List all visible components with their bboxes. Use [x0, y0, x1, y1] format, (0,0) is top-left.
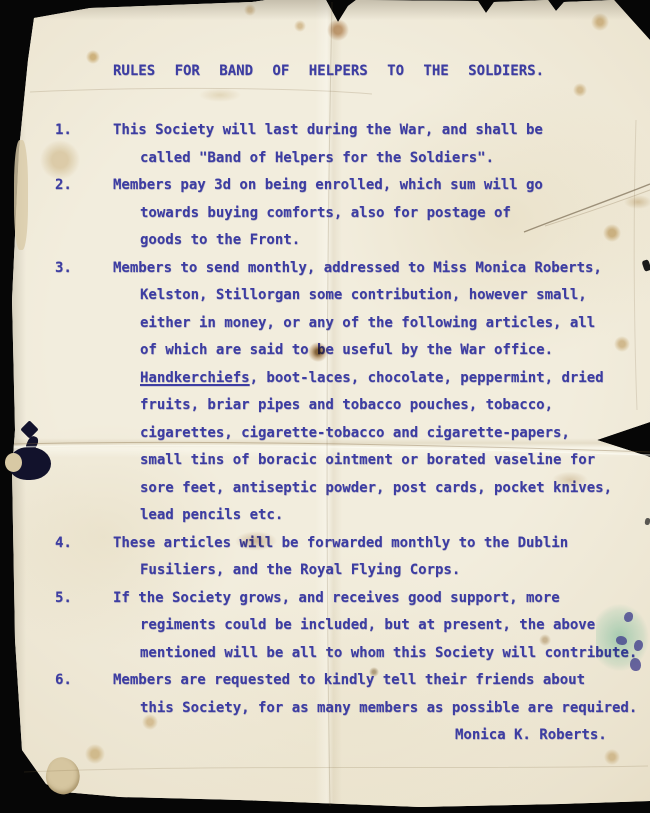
rule-item-3: 3.Members to send monthly, addressed to …	[55, 255, 640, 530]
rule-text-line: fruits, briar pipes and tobacco pouches,…	[113, 392, 640, 420]
rule-item-1: 1.This Society will last during the War,…	[55, 117, 640, 172]
rule-number: 5.	[55, 585, 113, 668]
rule-number: 6.	[55, 667, 113, 722]
rule-text-line: towards buying comforts, also for postag…	[113, 200, 640, 228]
underlined-word: Handkerchiefs	[140, 370, 250, 386]
rule-text-line: small tins of boracic ointment or borate…	[113, 447, 640, 475]
ink-blot-gap	[5, 453, 22, 472]
rule-item-2: 2.Members pay 3d on being enrolled, whic…	[55, 172, 640, 255]
rule-text-line: of which are said to be useful by the Wa…	[113, 337, 640, 365]
rules-list: 1.This Society will last during the War,…	[55, 117, 640, 722]
rule-text-line: cigarettes, cigarette-tobacco and cigare…	[113, 420, 640, 448]
document-content: RULES FOR BAND OF HELPERS TO THE SOLDIER…	[55, 58, 640, 750]
rule-text-line: mentioned will be all to whom this Socie…	[113, 640, 640, 668]
rule-number: 1.	[55, 117, 113, 172]
rule-text-line: Members to send monthly, addressed to Mi…	[113, 255, 640, 283]
edge-tear-mark	[644, 518, 650, 526]
rule-text-line: Kelston, Stillorgan some contribution, h…	[113, 282, 640, 310]
rule-text-line: either in money, or any of the following…	[113, 310, 640, 338]
rule-text-line: Members pay 3d on being enrolled, which …	[113, 172, 640, 200]
rule-text-line: this Society, for as many members as pos…	[113, 695, 640, 723]
document-title: RULES FOR BAND OF HELPERS TO THE SOLDIER…	[55, 58, 640, 86]
rule-text-line: called "Band of Helpers for the Soldiers…	[113, 145, 640, 173]
scanner-background: RULES FOR BAND OF HELPERS TO THE SOLDIER…	[0, 0, 650, 813]
rule-item-5: 5.If the Society grows, and receives goo…	[55, 585, 640, 668]
rule-item-6: 6.Members are requested to kindly tell t…	[55, 667, 640, 722]
rule-text-line: Members are requested to kindly tell the…	[113, 667, 640, 695]
rule-text-line: Handkerchiefs, boot-laces, chocolate, pe…	[113, 365, 640, 393]
rule-number: 2.	[55, 172, 113, 255]
rule-number: 3.	[55, 255, 113, 530]
signature: Monica K. Roberts.	[55, 722, 640, 750]
rule-text-line: regiments could be included, but at pres…	[113, 612, 640, 640]
rule-item-4: 4.These articles will be forwarded month…	[55, 530, 640, 585]
torn-edge-fragment	[14, 140, 28, 250]
rule-text-line: Fusiliers, and the Royal Flying Corps.	[113, 557, 640, 585]
rule-text-line: This Society will last during the War, a…	[113, 117, 640, 145]
rule-text-line: lead pencils etc.	[113, 502, 640, 530]
rule-text-line: If the Society grows, and receives good …	[113, 585, 640, 613]
rule-text-line: goods to the Front.	[113, 227, 640, 255]
rule-text-line: sore feet, antiseptic powder, post cards…	[113, 475, 640, 503]
rule-text-line: These articles will be forwarded monthly…	[113, 530, 640, 558]
rule-number: 4.	[55, 530, 113, 585]
